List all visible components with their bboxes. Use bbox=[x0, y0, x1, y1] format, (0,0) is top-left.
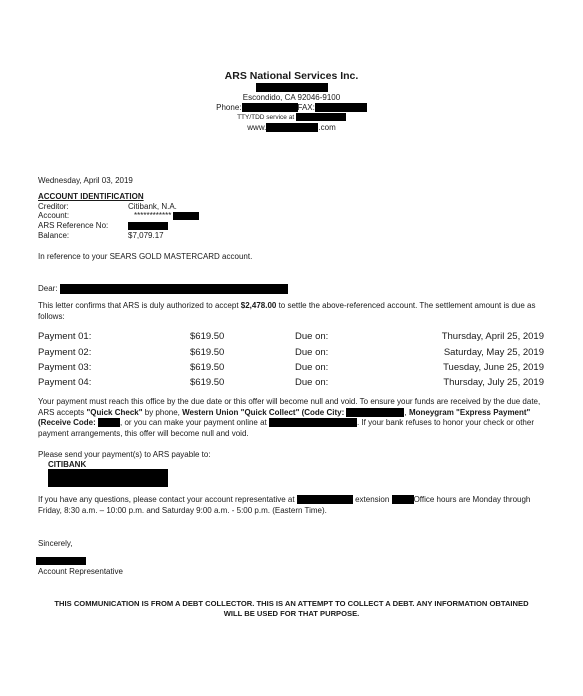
reference-value bbox=[128, 221, 168, 231]
phone-line: Phone:FAX: bbox=[0, 103, 583, 113]
redacted-street bbox=[256, 83, 328, 92]
redacted-rep-phone bbox=[297, 495, 353, 504]
redacted-account-digits bbox=[173, 212, 199, 220]
confirmation-paragraph: This letter confirms that ARS is duly au… bbox=[38, 300, 548, 322]
payment-label: Payment 02: bbox=[38, 347, 91, 359]
payment-label: Payment 04: bbox=[38, 377, 91, 389]
payment-amount: $619.50 bbox=[190, 377, 224, 389]
redacted-fax bbox=[315, 103, 367, 112]
reference-statement: In reference to your SEARS GOLD MASTERCA… bbox=[38, 252, 252, 262]
due-date: Saturday, May 25, 2019 bbox=[444, 347, 544, 359]
redacted-recipient-name bbox=[60, 284, 288, 294]
phone-label: Phone: bbox=[216, 103, 241, 112]
disclaimer-line-1: THIS COMMUNICATION IS FROM A DEBT COLLEC… bbox=[0, 599, 583, 609]
address-line bbox=[0, 83, 583, 93]
due-label: Due on: bbox=[295, 377, 328, 389]
tty-label: TTY/TDD service at bbox=[237, 114, 294, 121]
rep-title: Account Representative bbox=[38, 567, 123, 577]
redacted-payment-url bbox=[269, 418, 357, 427]
disclaimer-line-2: WILL BE USED FOR THAT PURPOSE. bbox=[0, 609, 583, 619]
quick-check-label: "Quick Check" bbox=[86, 408, 142, 417]
payment-label: Payment 01: bbox=[38, 331, 91, 343]
redacted-tty bbox=[296, 113, 346, 121]
balance-label: Balance: bbox=[38, 231, 69, 241]
fax-label: FAX: bbox=[298, 103, 315, 112]
redacted-code-city bbox=[346, 408, 404, 417]
redacted-receive-code bbox=[98, 418, 120, 427]
website-line: www..com bbox=[0, 123, 583, 133]
salutation: Dear: bbox=[38, 284, 288, 294]
due-label: Due on: bbox=[295, 362, 328, 374]
debt-collector-disclaimer: THIS COMMUNICATION IS FROM A DEBT COLLEC… bbox=[0, 599, 583, 619]
redacted-reference-no bbox=[128, 222, 168, 230]
account-value: ************ bbox=[134, 211, 199, 221]
send-payment-label: Please send your payment(s) to ARS payab… bbox=[38, 450, 211, 460]
account-identification-heading: ACCOUNT IDENTIFICATION bbox=[38, 192, 144, 202]
due-date: Tuesday, June 25, 2019 bbox=[443, 362, 544, 374]
payment-amount: $619.50 bbox=[190, 331, 224, 343]
confirm-text-pre: This letter confirms that ARS is duly au… bbox=[38, 301, 241, 310]
methods-text: by phone, bbox=[143, 408, 183, 417]
redacted-website bbox=[266, 123, 318, 132]
letter-date: Wednesday, April 03, 2019 bbox=[38, 176, 133, 186]
salutation-label: Dear: bbox=[38, 284, 58, 293]
due-date: Thursday, April 25, 2019 bbox=[442, 331, 544, 343]
web-prefix: www. bbox=[247, 123, 266, 132]
payment-label: Payment 03: bbox=[38, 362, 91, 374]
payment-amount: $619.50 bbox=[190, 362, 224, 374]
due-label: Due on: bbox=[295, 331, 328, 343]
due-label: Due on: bbox=[295, 347, 328, 359]
account-mask: ************ bbox=[134, 211, 171, 220]
settlement-amount: $2,478.00 bbox=[241, 301, 277, 310]
due-date: Thursday, July 25, 2019 bbox=[443, 377, 544, 389]
payment-methods-paragraph: Your payment must reach this office by t… bbox=[38, 397, 548, 439]
web-suffix: .com bbox=[318, 123, 335, 132]
letterhead: ARS National Services Inc. Escondido, CA… bbox=[0, 70, 583, 133]
questions-paragraph: If you have any questions, please contac… bbox=[38, 494, 553, 516]
redacted-payee-address bbox=[48, 469, 168, 487]
balance-value: $7,079.17 bbox=[128, 231, 164, 241]
city-line: Escondido, CA 92046-9100 bbox=[0, 93, 583, 103]
western-union-label: Western Union "Quick Collect" (Code City… bbox=[182, 408, 344, 417]
redacted-extension bbox=[392, 495, 414, 504]
company-name: ARS National Services Inc. bbox=[0, 70, 583, 83]
closing-sincerely: Sincerely, bbox=[38, 539, 73, 549]
redacted-phone bbox=[242, 103, 298, 112]
payment-amount: $619.50 bbox=[190, 347, 224, 359]
extension-label: extension bbox=[355, 495, 389, 504]
reference-label: ARS Reference No: bbox=[38, 221, 108, 231]
tty-line: TTY/TDD service at bbox=[0, 113, 583, 123]
methods-text: , or you can make your payment online at bbox=[120, 418, 267, 427]
redacted-rep-name bbox=[36, 557, 86, 565]
questions-text: If you have any questions, please contac… bbox=[38, 495, 295, 504]
account-label: Account: bbox=[38, 211, 69, 221]
